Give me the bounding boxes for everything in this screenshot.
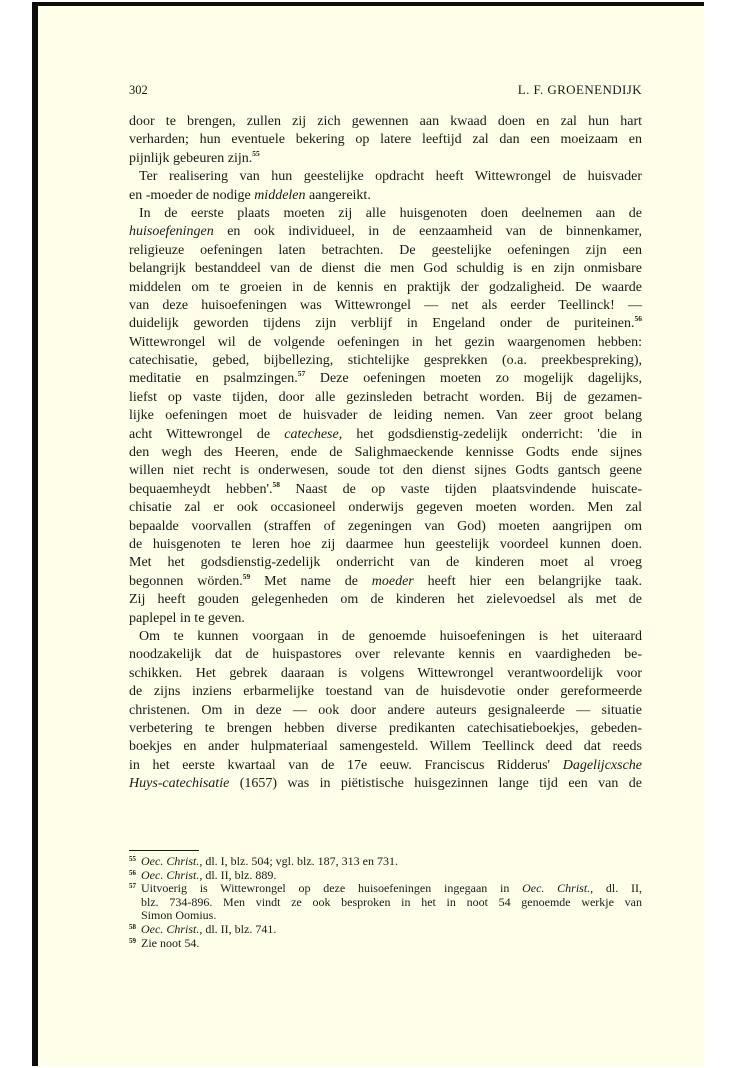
text-line: verbetering te brengen hebben diverse pr… <box>129 720 642 738</box>
footnote-item: 57Uitvoerig is Wittewrongel op deze huis… <box>129 882 642 923</box>
footnote-line: Zie noot 54. <box>141 937 642 951</box>
text-line: Om te kunnen voorgaan in de genoemde hui… <box>129 628 642 646</box>
text-line: Zij heeft gouden gelegenheden om de kind… <box>129 591 642 609</box>
footnote-reference[interactable]: 58 <box>272 480 280 489</box>
footnote-number: 59 <box>129 935 136 949</box>
text-line: bepaalde voorvallen (straffen of zegenin… <box>129 518 642 536</box>
text-line: door te brengen, zullen zij zich gewenne… <box>129 113 642 131</box>
italic-term: catechese, <box>284 427 342 442</box>
footnote-line: blz. 734-896. Men vindt ze ook besproken… <box>141 896 642 910</box>
text-line: christenen. Om in deze — ook door andere… <box>129 702 642 720</box>
text-line: boekjes en ander hulpmateriaal samengest… <box>129 738 642 756</box>
footnote-number: 57 <box>129 880 136 894</box>
text-line: belangrijk bestanddeel van de dienst die… <box>129 260 642 278</box>
text-line: en -moeder de nodige middelen aangereikt… <box>129 187 642 205</box>
text-line: verharden; hun eventuele bekering op lat… <box>129 131 642 149</box>
footnote-line: Oec. Christ., dl. II, blz. 741. <box>141 923 642 937</box>
text-line: acht Wittewrongel de catechese, het gods… <box>129 426 642 444</box>
footnotes: 55Oec. Christ., dl. I, blz. 504; vgl. bl… <box>129 855 642 950</box>
text-line: van deze huisoefeningen was Wittewrongel… <box>129 297 642 315</box>
text-line: noodzakelijk dat de huispastores over re… <box>129 646 642 664</box>
italic-term: Oec. Christ., <box>141 922 202 936</box>
text-line: bequaemheydt hebben'.58 Naast de op vast… <box>129 481 642 499</box>
author-running-head: L. F. GROENENDIJK <box>518 81 642 99</box>
text-line: meditatie en psalmzingen.57 Deze oefenin… <box>129 370 642 388</box>
footnote-divider <box>129 850 199 851</box>
footnote-reference[interactable]: 55 <box>252 149 260 158</box>
text-line: chisatie zal er ook occasioneel onderwij… <box>129 499 642 517</box>
text-line: huisoefeningen en ook individueel, in de… <box>129 223 642 241</box>
italic-term: Oec. Christ., <box>141 854 202 868</box>
footnote-item: 59Zie noot 54. <box>129 937 642 951</box>
text-line: de huisgenoten te leren hoe zij daarmee … <box>129 536 642 554</box>
footnote-line: Simon Oomius. <box>141 909 642 923</box>
text-line: catechisatie, gebed, bijbellezing, stich… <box>129 352 642 370</box>
text-line: middelen om te groeien in de kennis en p… <box>129 279 642 297</box>
italic-term: Dagelijcxsche <box>563 758 642 773</box>
footnote-line: Oec. Christ., dl. I, blz. 504; vgl. blz.… <box>141 855 642 869</box>
text-line: liefst op vaste tijden, door alle gezins… <box>129 389 642 407</box>
text-line: den wegh des Heeren, ende de Salighmaeck… <box>129 444 642 462</box>
italic-term: Huys-catechisatie <box>129 776 229 791</box>
footnote-line: Oec. Christ., dl. II, blz. 889. <box>141 869 642 883</box>
text-line: Wittewrongel wil de volgende oefeningen … <box>129 334 642 352</box>
text-line: duidelijk geworden tijdens zijn verblijf… <box>129 315 642 333</box>
text-line: begonnen wörden.59 Met name de moeder he… <box>129 573 642 591</box>
footnote-reference[interactable]: 56 <box>635 314 643 323</box>
text-line: Ter realisering van hun geestelijke opdr… <box>129 168 642 186</box>
text-line: In de eerste plaats moeten zij alle huis… <box>129 205 642 223</box>
italic-term: Oec. Christ., <box>141 868 202 882</box>
footnote-number: 55 <box>129 853 136 867</box>
document-page: 302 L. F. GROENENDIJK door te brengen, z… <box>32 2 704 1066</box>
text-line: pijnlijk gebeuren zijn.55 <box>129 150 642 168</box>
footnote-reference[interactable]: 59 <box>243 572 251 581</box>
text-line: de zijns inziens erbarmelijke toestand v… <box>129 683 642 701</box>
italic-term: Oec. Christ., <box>522 881 593 895</box>
italic-term: middelen <box>254 188 305 203</box>
body-text: door te brengen, zullen zij zich gewenne… <box>129 113 642 793</box>
text-line: religieuze oefeningen laten betrachten. … <box>129 242 642 260</box>
running-head: 302 L. F. GROENENDIJK <box>129 81 642 99</box>
footnote-line: Uitvoerig is Wittewrongel op deze huisoe… <box>141 882 642 896</box>
text-line: Huys-catechisatie (1657) was in piëtisti… <box>129 775 642 793</box>
text-line: lijke oefeningen moet de huisvader de le… <box>129 407 642 425</box>
footnote-number: 56 <box>129 867 136 881</box>
footnote-number: 58 <box>129 921 136 935</box>
text-line: willen niet recht is onderwesen, soude t… <box>129 462 642 480</box>
text-line: schikken. Het gebrek daaraan is volgens … <box>129 665 642 683</box>
footnote-item: 55Oec. Christ., dl. I, blz. 504; vgl. bl… <box>129 855 642 869</box>
italic-term: huisoefeningen <box>129 224 214 239</box>
page-number: 302 <box>129 81 148 99</box>
text-line: paplepel in te geven. <box>129 610 642 628</box>
footnote-reference[interactable]: 57 <box>298 369 306 378</box>
text-line: in het eerste kwartaal van de 17e eeuw. … <box>129 757 642 775</box>
footnote-item: 58Oec. Christ., dl. II, blz. 741. <box>129 923 642 937</box>
footnote-item: 56Oec. Christ., dl. II, blz. 889. <box>129 869 642 883</box>
text-line: Met het godsdienstig-zedelijk onderricht… <box>129 554 642 572</box>
italic-term: moeder <box>372 574 414 589</box>
